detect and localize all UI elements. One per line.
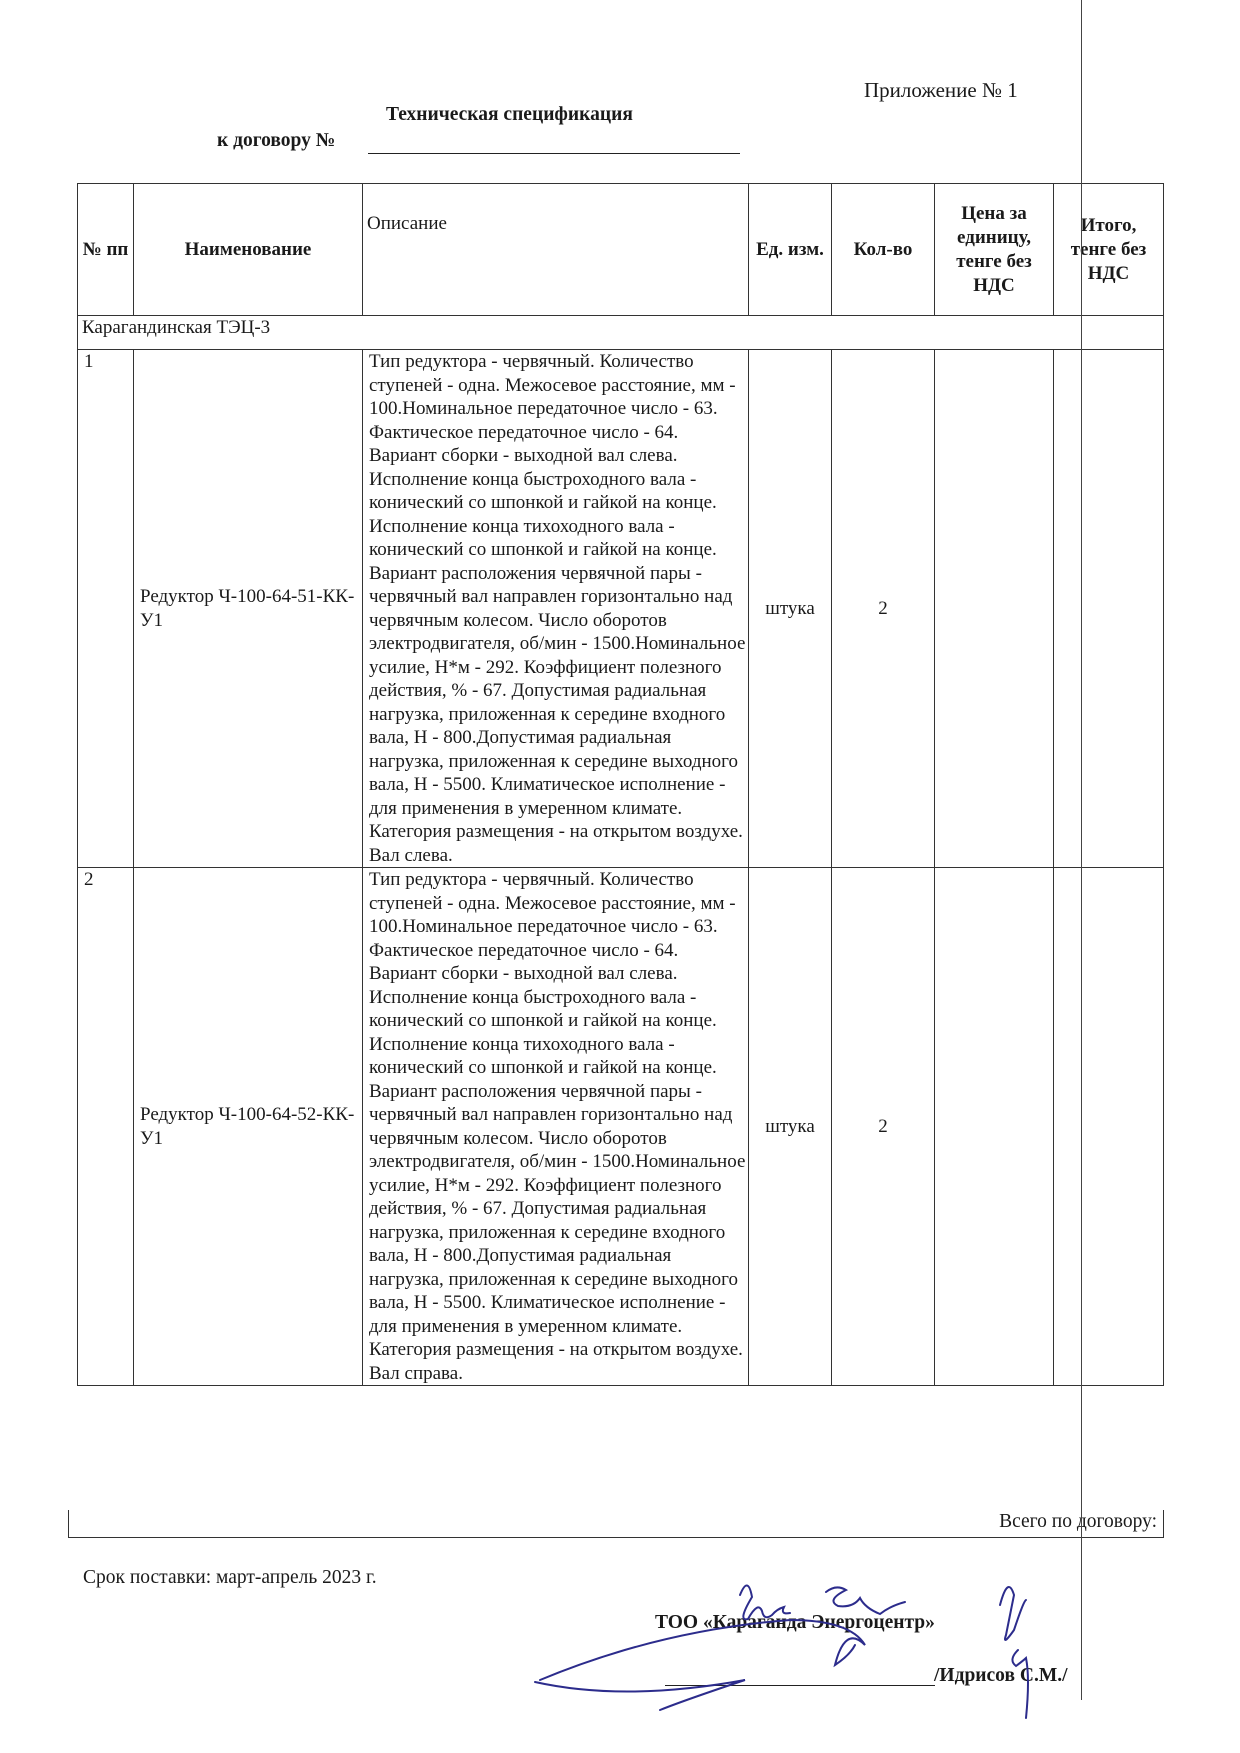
initials-signature-3 — [1000, 1587, 1026, 1640]
initials-signature-4 — [1012, 1650, 1028, 1718]
initials-signature-2 — [826, 1587, 905, 1614]
main-signature — [535, 1620, 865, 1710]
handwritten-signatures — [0, 0, 1240, 1753]
initials-signature-1 — [740, 1585, 790, 1619]
